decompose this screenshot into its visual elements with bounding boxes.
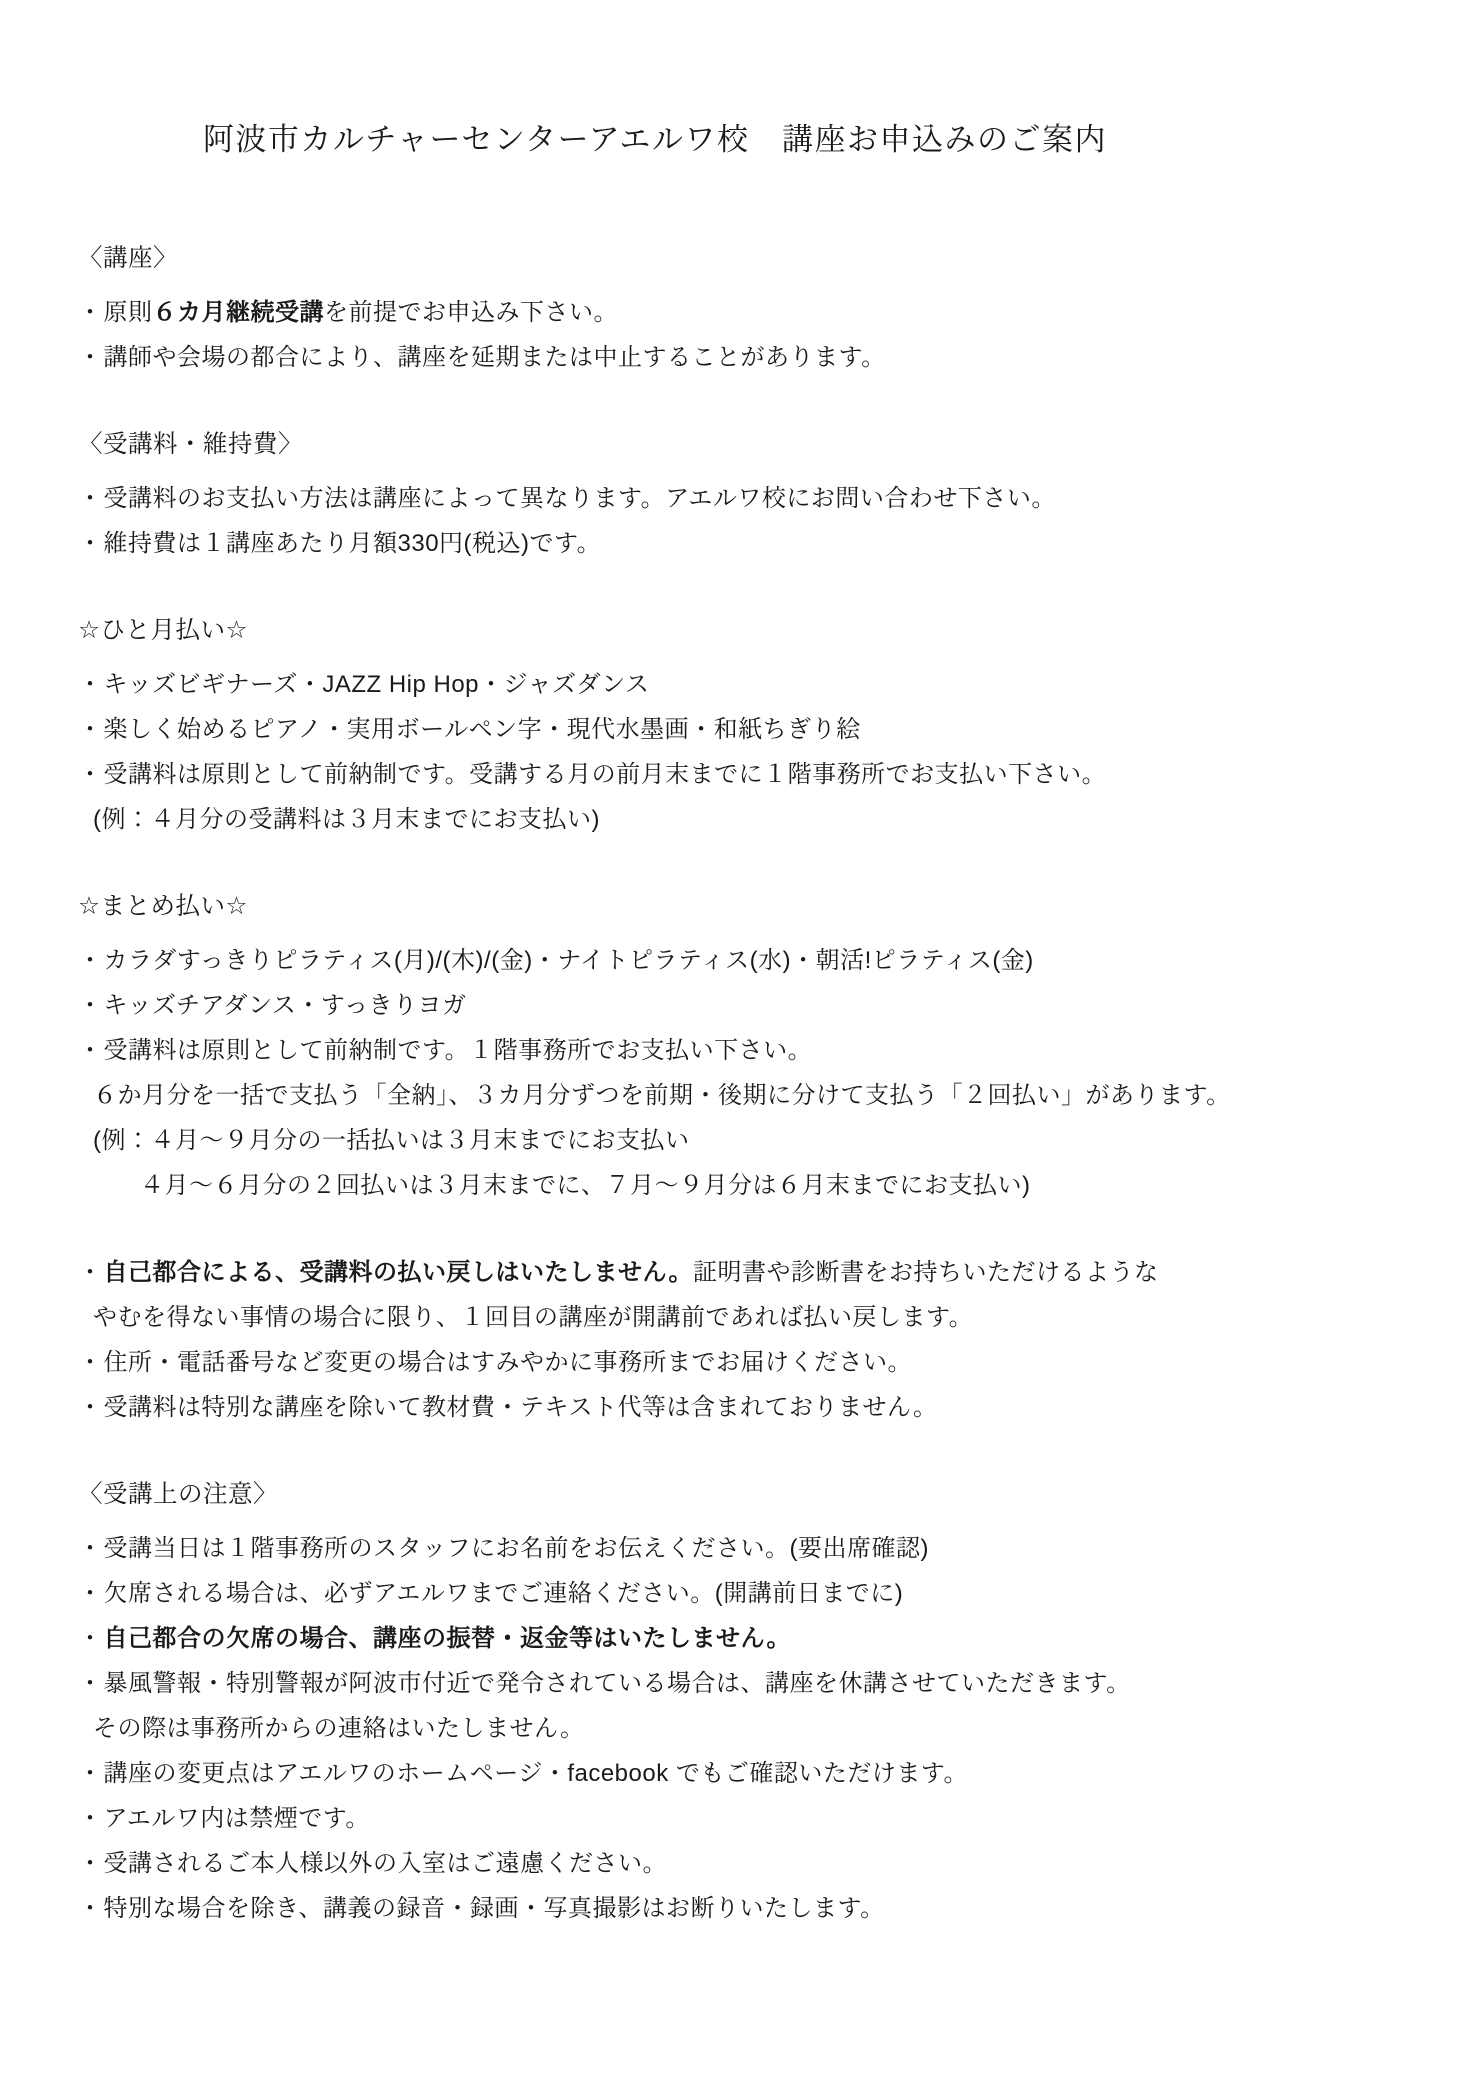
line-text: ６か月分を一括で支払う「全納」、３カ月分ずつを前期・後期に分けて支払う「２回払い…	[93, 1082, 1231, 1109]
bullet-glyph: ・	[78, 671, 103, 698]
line-text: キッズビギナーズ・JAZZ Hip Hop・ジャズダンス	[104, 671, 650, 698]
document-line: ・楽しく始めるピアノ・実用ボールペン字・現代水墨画・和紙ちぎり絵	[78, 707, 1374, 752]
section-heading: ☆まとめ払い☆	[78, 884, 1374, 929]
line-text: を前提でお申込み下さい。	[324, 299, 618, 326]
line-text: やむを得ない事情の場合に限り、１回目の講座が開講前であれば払い戻します。	[93, 1304, 973, 1331]
bullet-glyph: ・	[78, 299, 103, 326]
section-kouza: 〈講座〉 ・原則６カ月継続受講を前提でお申込み下さい。 ・講師や会場の都合により…	[78, 236, 1374, 380]
document-line: ・カラダすっきりピラティス(月)/(木)/(金)・ナイトピラティス(水)・朝活!…	[78, 938, 1374, 983]
section-refund-notes: ・自己都合による、受講料の払い戻しはいたしません。証明書や診断書をお持ちいただけ…	[78, 1250, 1374, 1430]
bullet-glyph: ・	[78, 530, 103, 557]
section-heading: ☆ひと月払い☆	[78, 608, 1374, 653]
document-line: ・維持費は１講座あたり月額330円(税込)です。	[78, 521, 1374, 566]
line-text: 暴風警報・特別警報が阿波市付近で発令されている場合は、講座を休講させていただきま…	[104, 1670, 1131, 1697]
bullet-glyph: ・	[78, 344, 103, 371]
bullet-glyph: ・	[78, 1394, 103, 1421]
bullet-glyph: ・	[78, 1760, 103, 1787]
document-line: ・受講料は特別な講座を除いて教材費・テキスト代等は含まれておりません。	[78, 1385, 1374, 1430]
document-page: 阿波市カルチャーセンターアエルワ校 講座お申込みのご案内 〈講座〉 ・原則６カ月…	[0, 0, 1464, 1931]
section-heading: 〈受講料・維持費〉	[78, 422, 1374, 467]
document-line: (例：４月～９月分の一括払いは３月末までにお支払い	[78, 1118, 1374, 1163]
document-line: ・自己都合による、受講料の払い戻しはいたしません。証明書や診断書をお持ちいただけ…	[78, 1250, 1374, 1295]
emphasized-text: ６カ月継続受講	[153, 299, 325, 326]
document-line: ・自己都合の欠席の場合、講座の振替・返金等はいたしません。	[78, 1616, 1374, 1661]
document-line: ・講座の変更点はアエルワのホームページ・facebook でもご確認いただけます…	[78, 1751, 1374, 1796]
line-text: アエルワ内は禁煙です。	[104, 1805, 370, 1832]
document-line: ・キッズチアダンス・すっきりヨガ	[78, 983, 1374, 1028]
bullet-glyph: ・	[78, 947, 103, 974]
document-line: ・暴風警報・特別警報が阿波市付近で発令されている場合は、講座を休講させていただき…	[78, 1661, 1374, 1706]
document-line: やむを得ない事情の場合に限り、１回目の講座が開講前であれば払い戻します。	[78, 1295, 1374, 1340]
document-line: ・特別な場合を除き、講義の録音・録画・写真撮影はお断りいたします。	[78, 1886, 1374, 1931]
line-text: ４月～６月分の２回払いは３月末までに、７月～９月分は６月末までにお支払い)	[140, 1172, 1031, 1199]
bullet-glyph: ・	[78, 1535, 103, 1562]
section-heading: 〈講座〉	[78, 236, 1374, 281]
bullet-glyph: ・	[78, 992, 103, 1019]
document-line: ４月～６月分の２回払いは３月末までに、７月～９月分は６月末までにお支払い)	[78, 1163, 1374, 1208]
document-line: ・住所・電話番号など変更の場合はすみやかに事務所までお届けください。	[78, 1340, 1374, 1385]
bullet-glyph: ・	[78, 1580, 103, 1607]
bullet-glyph: ・	[78, 1670, 103, 1697]
line-text: カラダすっきりピラティス(月)/(木)/(金)・ナイトピラティス(水)・朝活!ピ…	[104, 947, 1034, 974]
bullet-glyph: ・	[78, 1259, 103, 1286]
document-line: ・受講当日は１階事務所のスタッフにお名前をお伝えください。(要出席確認)	[78, 1526, 1374, 1571]
section-heading: 〈受講上の注意〉	[78, 1472, 1374, 1517]
document-line: ・講師や会場の都合により、講座を延期または中止することがあります。	[78, 335, 1374, 380]
bullet-glyph: ・	[78, 485, 103, 512]
line-text: 住所・電話番号など変更の場合はすみやかに事務所までお届けください。	[104, 1349, 913, 1376]
bullet-glyph: ・	[78, 716, 103, 743]
bullet-glyph: ・	[78, 1625, 103, 1652]
line-text: 証明書や診断書をお持ちいただけるような	[693, 1259, 1159, 1286]
line-text: 受講料のお支払い方法は講座によって異なります。アエルワ校にお問い合わせ下さい。	[104, 485, 1056, 512]
bullet-glyph: ・	[78, 1805, 103, 1832]
section-jukou-chuui: 〈受講上の注意〉 ・受講当日は１階事務所のスタッフにお名前をお伝えください。(要…	[78, 1472, 1374, 1931]
line-text: 欠席される場合は、必ずアエルワまでご連絡ください。(開講前日までに)	[104, 1580, 904, 1607]
section-hitotsuki-barai: ☆ひと月払い☆ ・キッズビギナーズ・JAZZ Hip Hop・ジャズダンス ・楽…	[78, 608, 1374, 842]
line-text: 受講当日は１階事務所のスタッフにお名前をお伝えください。(要出席確認)	[104, 1535, 929, 1562]
document-line: ・欠席される場合は、必ずアエルワまでご連絡ください。(開講前日までに)	[78, 1571, 1374, 1616]
document-line: ・原則６カ月継続受講を前提でお申込み下さい。	[78, 290, 1374, 335]
line-text: (例：４月分の受講料は３月末までにお支払い)	[93, 806, 600, 833]
line-text: 受講料は原則として前納制です。１階事務所でお支払い下さい。	[104, 1037, 813, 1064]
document-line: ・受講料のお支払い方法は講座によって異なります。アエルワ校にお問い合わせ下さい。	[78, 476, 1374, 521]
bullet-glyph: ・	[78, 1349, 103, 1376]
line-text: 受講されるご本人様以外の入室はご遠慮ください。	[104, 1850, 668, 1877]
line-text: 維持費は１講座あたり月額330円(税込)です。	[104, 530, 602, 557]
document-line: (例：４月分の受講料は３月末までにお支払い)	[78, 797, 1374, 842]
line-text: その際は事務所からの連絡はいたしません。	[93, 1715, 584, 1742]
line-text: 講師や会場の都合により、講座を延期または中止することがあります。	[104, 344, 886, 371]
bullet-glyph: ・	[78, 1850, 103, 1877]
bullet-glyph: ・	[78, 1895, 103, 1922]
document-line: ・受講料は原則として前納制です。１階事務所でお支払い下さい。	[78, 1028, 1374, 1073]
page-title: 阿波市カルチャーセンターアエルワ校 講座お申込みのご案内	[78, 116, 1232, 164]
document-line: その際は事務所からの連絡はいたしません。	[78, 1706, 1374, 1751]
line-text: 楽しく始めるピアノ・実用ボールペン字・現代水墨画・和紙ちぎり絵	[104, 716, 861, 743]
line-text: 特別な場合を除き、講義の録音・録画・写真撮影はお断りいたします。	[104, 1895, 885, 1922]
document-line: ・受講されるご本人様以外の入室はご遠慮ください。	[78, 1841, 1374, 1886]
line-text: 原則	[104, 299, 153, 326]
line-text: キッズチアダンス・すっきりヨガ	[104, 992, 467, 1019]
emphasized-text: 自己都合の欠席の場合、講座の振替・返金等はいたしません。	[104, 1625, 791, 1652]
section-jukoryo-ijihi: 〈受講料・維持費〉 ・受講料のお支払い方法は講座によって異なります。アエルワ校に…	[78, 422, 1374, 566]
bullet-glyph: ・	[78, 1037, 103, 1064]
document-line: ・キッズビギナーズ・JAZZ Hip Hop・ジャズダンス	[78, 662, 1374, 707]
emphasized-text: 自己都合による、受講料の払い戻しはいたしません。	[104, 1259, 693, 1286]
document-line: ・受講料は原則として前納制です。受講する月の前月末までに１階事務所でお支払い下さ…	[78, 752, 1374, 797]
bullet-glyph: ・	[78, 761, 103, 788]
line-text: 受講料は特別な講座を除いて教材費・テキスト代等は含まれておりません。	[104, 1394, 938, 1421]
document-line: ・アエルワ内は禁煙です。	[78, 1796, 1374, 1841]
document-line: ６か月分を一括で支払う「全納」、３カ月分ずつを前期・後期に分けて支払う「２回払い…	[78, 1073, 1374, 1118]
line-text: 受講料は原則として前納制です。受講する月の前月末までに１階事務所でお支払い下さい…	[104, 761, 1107, 788]
line-text: (例：４月～９月分の一括払いは３月末までにお支払い	[93, 1127, 690, 1154]
section-matome-barai: ☆まとめ払い☆ ・カラダすっきりピラティス(月)/(木)/(金)・ナイトピラティ…	[78, 884, 1374, 1208]
line-text: 講座の変更点はアエルワのホームページ・facebook でもご確認いただけます。	[104, 1760, 968, 1787]
